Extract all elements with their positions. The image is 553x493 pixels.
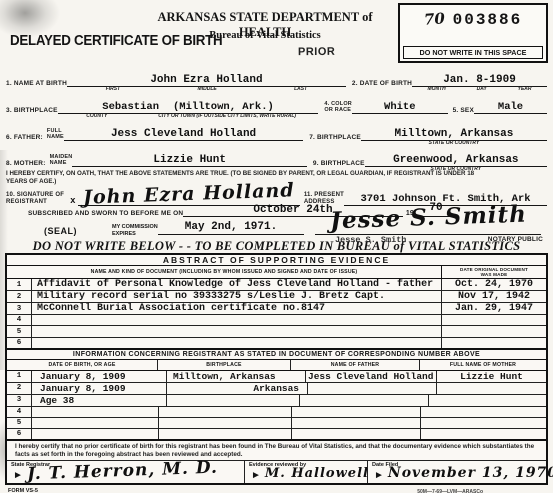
- mother-label: 8. MOTHER:: [6, 160, 46, 167]
- commission-date-value: May 2nd, 1971.: [185, 221, 277, 233]
- bureau-section: ABSTRACT OF SUPPORTING EVIDENCE NAME AND…: [5, 253, 548, 485]
- info-row: 2 January 8, 1909 Arkansas: [7, 383, 546, 395]
- sub-label-county: COUNTY: [58, 113, 136, 119]
- mother-birthplace-value: Greenwood, Arkansas: [393, 154, 518, 166]
- info-row-number: 5: [7, 418, 32, 428]
- name-at-birth-value: John Ezra Holland: [150, 74, 262, 86]
- evidence-reviewed-box: Evidence reviewed by ► M. Hallowell: [244, 461, 367, 483]
- abstract-row: 6: [7, 338, 546, 348]
- color-or-race-field: White: [352, 101, 448, 114]
- info-father-cell: Jess Cleveland Holland: [305, 371, 436, 382]
- abstract-row: 2 Military record serial no 39333275 s/L…: [7, 291, 546, 303]
- info-birthplace-cell: [158, 429, 291, 439]
- abstract-row: 3 McConnell Burial Association certifica…: [7, 303, 546, 315]
- date-of-birth-value: Jan. 8-1909: [443, 74, 516, 86]
- notary-signature: Jesse S. Smith: [329, 201, 527, 235]
- arrow-icon: ►: [374, 471, 384, 481]
- info-row-number: 1: [7, 371, 32, 382]
- arrow-icon: ►: [251, 471, 261, 481]
- sex-label: 5. SEX: [453, 107, 474, 114]
- info-mother-cell: [420, 429, 546, 439]
- abstract-date-cell: Oct. 24, 1970: [441, 279, 546, 290]
- info-dob-cell: Age 38: [32, 395, 166, 406]
- name-at-birth-field: John Ezra Holland FIRST MIDDLE LAST: [67, 74, 346, 87]
- sub-label-year: YEAR: [518, 86, 532, 92]
- sub-label-middle: MIDDLE: [198, 86, 217, 92]
- sex-value: Male: [498, 101, 523, 113]
- date-filed-box: Date Filed ► November 13, 1970: [367, 461, 546, 483]
- evidence-reviewed-signature: M. Hallowell: [265, 466, 369, 481]
- seal-label: (SEAL): [44, 226, 77, 236]
- info-mother-cell: [420, 407, 546, 417]
- notary-signature-field: Jesse S. Smith: [315, 204, 541, 235]
- info-row-number: 4: [7, 407, 32, 417]
- prior-stamp: PRIOR: [298, 46, 335, 58]
- birthplace-field: Sebastian (Milltown, Ark.) COUNTY CITY O…: [58, 101, 319, 114]
- abstract-col-document-header: NAME AND KIND OF DOCUMENT (INCLUDING BY …: [7, 269, 441, 275]
- father-birthplace-value: Milltown, Arkansas: [395, 128, 514, 140]
- field-row-3: 6. FATHER: FULL NAME Jess Cleveland Holl…: [6, 124, 547, 141]
- sub-label-day: DAY: [477, 86, 487, 92]
- print-code: 50M—7-69—LVM—ARASCo: [417, 489, 483, 493]
- sub-label-city: CITY OR TOWN (IF OUTSIDE CITY LIMITS, WR…: [136, 113, 318, 119]
- abstract-row-number: 2: [7, 291, 32, 302]
- father-birthplace-field: Milltown, Arkansas STATE OR COUNTRY: [361, 128, 547, 141]
- info-row: 5: [7, 418, 546, 429]
- form-number: FORM VS-5: [8, 488, 38, 493]
- info-mother-cell: Lizzie Hunt: [436, 371, 546, 382]
- color-or-race-label: 4. COLOR OR RACE: [324, 101, 352, 114]
- sub-label-state-or-country: STATE OR COUNTRY: [361, 140, 547, 146]
- abstract-row-number: 4: [7, 315, 32, 325]
- abstract-date-cell: [441, 326, 546, 336]
- state-registrar-signature: J. T. Herron, M. D.: [27, 458, 218, 485]
- name-sub-labels: FIRST MIDDLE LAST: [67, 86, 346, 92]
- birthplace-sub-labels: COUNTY CITY OR TOWN (IF OUTSIDE CITY LIM…: [58, 113, 319, 119]
- info-birthplace-cell: [158, 407, 291, 417]
- info-father-cell: [299, 395, 428, 406]
- abstract-row: 4: [7, 315, 546, 326]
- abstract-date-cell: [441, 338, 546, 348]
- color-or-race-value: White: [384, 101, 416, 113]
- info-birthplace-cell: [166, 395, 299, 406]
- info-row-number: 2: [7, 383, 32, 394]
- info-birthplace-cell: Milltown, Arkansas: [166, 371, 305, 382]
- info-row: 3 Age 38: [7, 395, 546, 407]
- birthplace-county-value: Sebastian: [102, 101, 159, 113]
- father-label: 6. FATHER:: [6, 134, 43, 141]
- info-father-cell: [291, 407, 420, 417]
- bureau-subtitle: Bureau of Vital Statistics: [180, 30, 350, 41]
- info-birthplace-cell: Arkansas: [166, 383, 307, 394]
- state-registrar-box: State Registrar ► J. T. Herron, M. D.: [7, 461, 244, 483]
- evidence-reviewed-label: Evidence reviewed by: [249, 462, 306, 468]
- abstract-row-number: 1: [7, 279, 32, 290]
- father-name-value: Jess Cleveland Holland: [111, 128, 256, 140]
- date-filed-value: November 13, 1970: [388, 465, 553, 481]
- info-birthplace-cell: [158, 418, 291, 428]
- dob-sub-labels: MONTH DAY YEAR: [412, 86, 547, 92]
- sub-label-first: FIRST: [106, 86, 120, 92]
- field-row-1: 1. NAME AT BIRTH John Ezra Holland FIRST…: [6, 70, 547, 87]
- abstract-date-cell: [441, 315, 546, 325]
- birthplace-label: 3. BIRTHPLACE: [6, 107, 58, 114]
- abstract-date-cell: Nov 17, 1942: [441, 291, 546, 302]
- mother-birthplace-label: 9. BIRTHPLACE: [313, 160, 365, 167]
- info-dob-cell: January 8, 1909: [32, 383, 166, 394]
- father-name-field: Jess Cleveland Holland: [64, 128, 303, 141]
- sub-label-month: MONTH: [427, 86, 445, 92]
- mother-name-value: Lizzie Hunt: [153, 154, 226, 166]
- abstract-row: 5: [7, 326, 546, 337]
- date-of-birth-label: 2. DATE OF BIRTH: [352, 80, 412, 87]
- mother-name-field: Lizzie Hunt: [72, 154, 306, 167]
- info-col-dob-header: DATE OF BIRTH, OR AGE: [7, 362, 157, 368]
- info-table-header: DATE OF BIRTH, OR AGE BIRTHPLACE NAME OF…: [7, 360, 546, 370]
- certificate-number-box: 70003886 DO NOT WRITE IN THIS SPACE: [398, 3, 548, 63]
- abstract-date-cell: Jan. 29, 1947: [441, 303, 546, 314]
- abstract-row: 1 Affidavit of Personal Knowledge of Jes…: [7, 279, 546, 291]
- certificate-number: 003886: [453, 11, 523, 29]
- info-row-number: 3: [7, 395, 32, 406]
- abstract-col-date-header: DATE ORIGINAL DOCUMENT WAS MADE: [441, 266, 546, 278]
- info-table-title: INFORMATION CONCERNING REGISTRANT AS STA…: [7, 348, 546, 360]
- certificate-number-prefix-stamp: 70: [423, 9, 445, 28]
- father-birthplace-label: 7. BIRTHPLACE: [309, 134, 361, 141]
- info-row: 4: [7, 407, 546, 418]
- delayed-birth-certificate-scan: DELAYED CERTIFICATE OF BIRTH ARKANSAS ST…: [0, 0, 553, 493]
- info-mother-cell: [436, 383, 546, 394]
- info-mother-cell: [428, 395, 546, 406]
- father-fullname-sublabel: FULL NAME: [47, 128, 64, 141]
- final-certification-text: I hereby certify that no prior certifica…: [7, 439, 546, 460]
- mother-maiden-sublabel: MAIDEN NAME: [50, 154, 73, 167]
- signature-row: State Registrar ► J. T. Herron, M. D. Ev…: [7, 460, 546, 483]
- info-col-birthplace-header: BIRTHPLACE: [157, 360, 290, 369]
- info-father-cell: [291, 429, 420, 439]
- field-row-2: 3. BIRTHPLACE Sebastian (Milltown, Ark.)…: [6, 97, 547, 114]
- info-col-mother-header: FULL NAME OF MOTHER: [419, 360, 546, 369]
- arrow-icon: ►: [13, 471, 23, 481]
- do-not-write-label: DO NOT WRITE IN THIS SPACE: [403, 46, 543, 59]
- birthplace-city-value: (Milltown, Ark.): [173, 101, 274, 113]
- abstract-document-cell: Military record serial no 39333275 s/Les…: [32, 291, 441, 302]
- do-not-write-below-divider: DO NOT WRITE BELOW - - TO BE COMPLETED I…: [0, 239, 553, 254]
- field-row-4: 8. MOTHER: MAIDEN NAME Lizzie Hunt 9. BI…: [6, 150, 547, 167]
- info-father-cell: [291, 418, 420, 428]
- info-row: 1 January 8, 1909 Milltown, Arkansas Jes…: [7, 371, 546, 383]
- date-filed-label: Date Filed: [372, 462, 398, 468]
- info-row: 6: [7, 429, 546, 439]
- info-mother-cell: [420, 418, 546, 428]
- info-row-number: 6: [7, 429, 32, 439]
- info-col-father-header: NAME OF FATHER: [290, 360, 419, 369]
- commission-date-field: May 2nd, 1971.: [158, 216, 304, 235]
- sex-field: Male: [474, 101, 547, 114]
- abstract-document-cell: Affidavit of Personal Knowledge of Jess …: [32, 279, 441, 290]
- abstract-table-title: ABSTRACT OF SUPPORTING EVIDENCE: [7, 255, 546, 266]
- abstract-row-number: 6: [7, 338, 32, 348]
- abstract-table-header: NAME AND KIND OF DOCUMENT (INCLUDING BY …: [7, 266, 546, 279]
- abstract-document-cell: McConnell Burial Association certificate…: [32, 303, 441, 314]
- commission-expires-label: MY COMMISSION EXPIRES: [112, 224, 158, 237]
- abstract-row-number: 3: [7, 303, 32, 314]
- info-dob-cell: January 8, 1909: [32, 371, 166, 382]
- date-of-birth-field: Jan. 8-1909 MONTH DAY YEAR: [412, 74, 547, 87]
- info-father-cell: [307, 383, 436, 394]
- abstract-row-number: 5: [7, 326, 32, 336]
- sub-label-last: LAST: [294, 86, 307, 92]
- mother-birthplace-field: Greenwood, Arkansas STATE OR COUNTRY: [365, 154, 547, 167]
- name-at-birth-label: 1. NAME AT BIRTH: [6, 80, 67, 87]
